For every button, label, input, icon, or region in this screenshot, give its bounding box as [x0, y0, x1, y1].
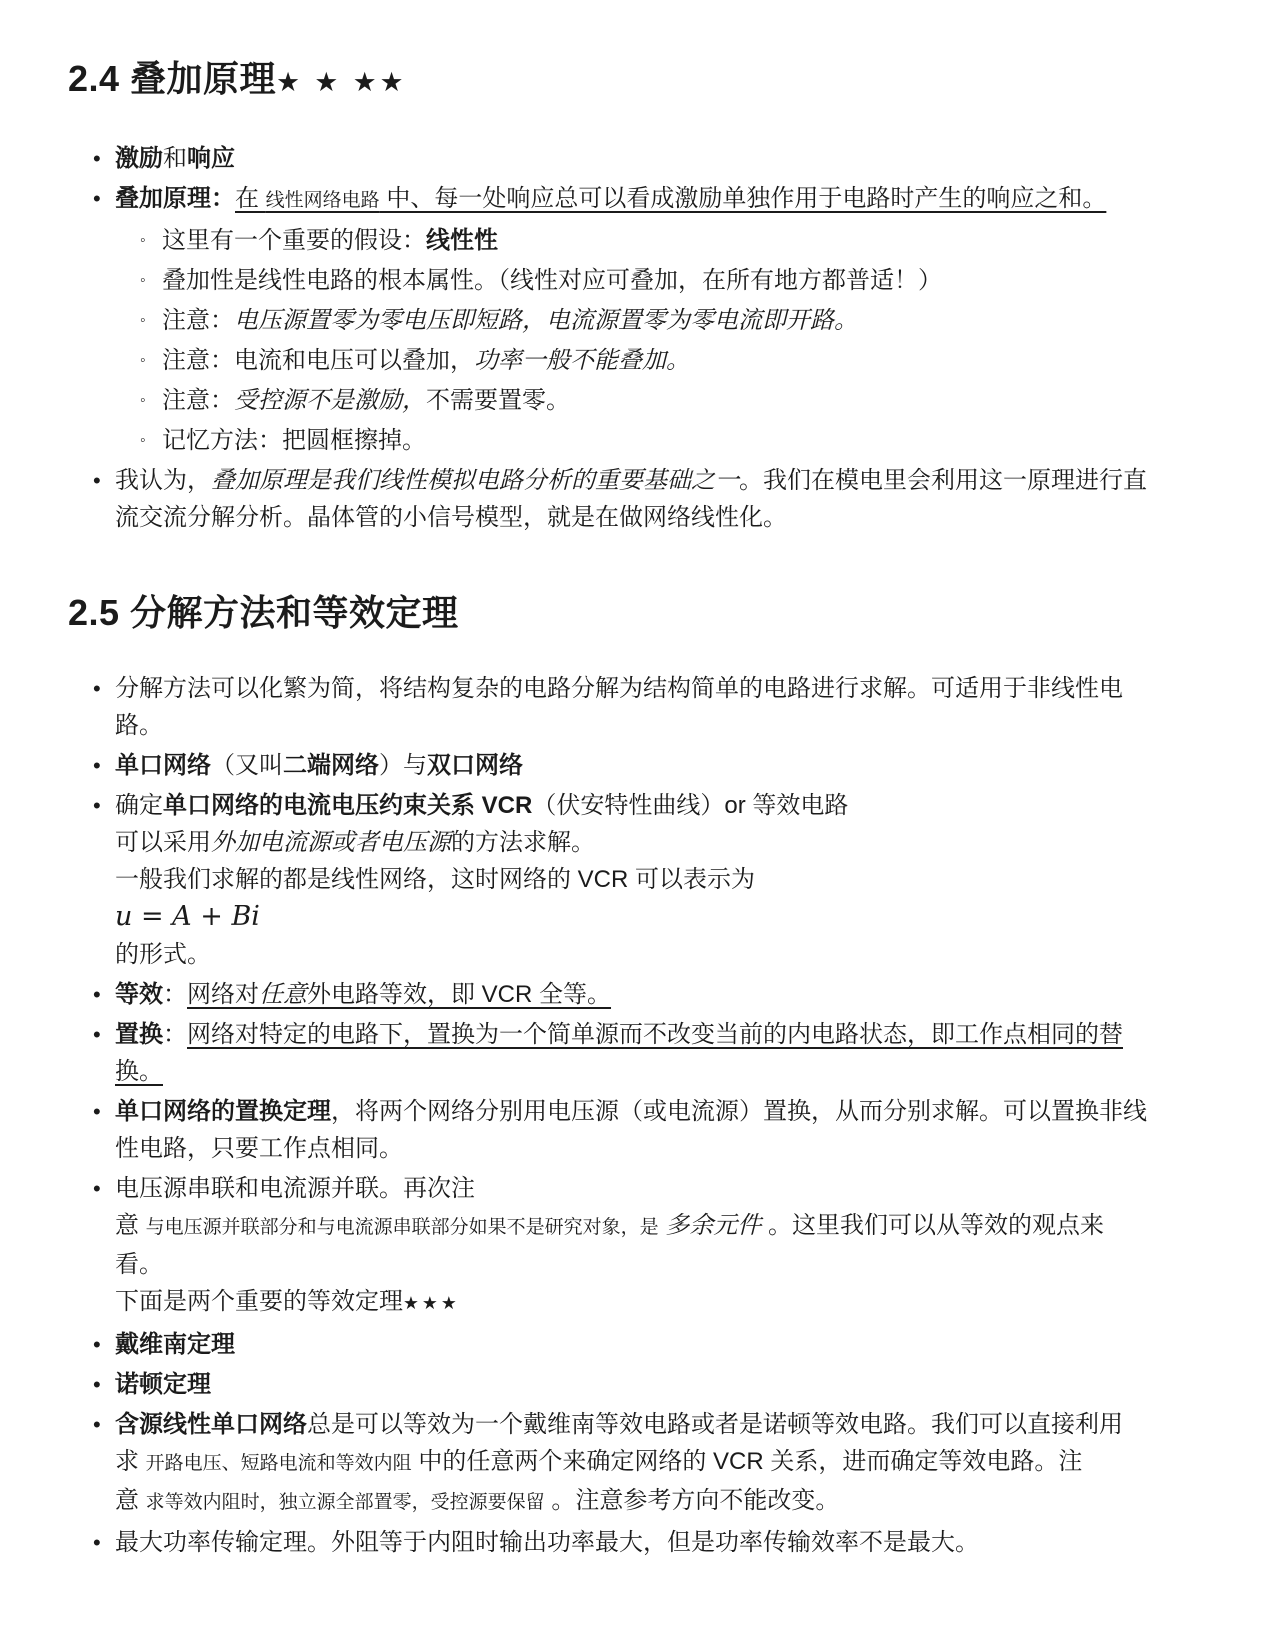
section-heading-2-4: 2.4 叠加原理★ ★ ★★ — [68, 56, 1163, 106]
text-segment: （伏安特性曲线）or 等效电路 — [532, 792, 848, 819]
list-item: •单口网络（又叫二端网络）与双口网络 — [68, 747, 1163, 784]
text-segment: 开路电压、短路电流和等效内阻 — [146, 1453, 412, 1474]
text-segment: 网络对 — [187, 981, 259, 1008]
text-segment: 注意： — [162, 387, 234, 414]
list-item: ◦注意：电流和电压可以叠加，功率一般不能叠加。 — [68, 342, 1163, 379]
text-segment: 分解方法可以化繁为简，将结构复杂的电路分解为结构简单的电路进行求解。可适用于非线… — [115, 675, 1123, 739]
list-item-text: 诺顿定理 — [115, 1366, 1163, 1403]
list-item: •置换：网络对特定的电路下，置换为一个简单源而不改变当前的内电路状态，即工作点相… — [68, 1016, 1163, 1090]
list-item: •单口网络的置换定理，将两个网络分别用电压源（或电流源）置换，从而分别求解。可以… — [68, 1093, 1163, 1167]
star-rating: ★★★ — [403, 1294, 460, 1314]
list-item-text: 含源线性单口网络总是可以等效为一个戴维南等效电路或者是诺顿等效电路。我们可以直接… — [115, 1406, 1163, 1521]
text-segment: 任意 — [259, 981, 307, 1008]
text-segment: 功率一般不能叠加。 — [474, 347, 690, 374]
list-item-text: 确定单口网络的电流电压约束关系 VCR（伏安特性曲线）or 等效电路可以采用外加… — [115, 787, 1163, 973]
list-item-text: 激励和响应 — [115, 140, 1163, 177]
text-segment: 求 — [115, 1448, 146, 1475]
text-segment: 与电压源并联部分和与电流源串联部分如果不是研究对象，是 — [146, 1217, 659, 1238]
list-item: •含源线性单口网络总是可以等效为一个戴维南等效电路或者是诺顿等效电路。我们可以直… — [68, 1406, 1163, 1521]
list-item: ◦注意：受控源不是激励，不需要置零。 — [68, 382, 1163, 419]
list-item-text: 我认为，叠加原理是我们线性模拟电路分析的重要基础之一。我们在模电里会利用这一原理… — [115, 462, 1163, 536]
list-item-text: 叠加性是线性电路的根本属性。（线性对应可叠加，在所有地方都普适！） — [162, 262, 1163, 299]
list-item: •最大功率传输定理。外阻等于内阻时输出功率最大，但是功率传输效率不是最大。 — [68, 1524, 1163, 1561]
list-item: •确定单口网络的电流电压约束关系 VCR（伏安特性曲线）or 等效电路可以采用外… — [68, 787, 1163, 973]
bullet-marker: ◦ — [140, 262, 162, 299]
text-segment: 激励 — [115, 145, 163, 172]
list-item-text: 最大功率传输定理。外阻等于内阻时输出功率最大，但是功率传输效率不是最大。 — [115, 1524, 1163, 1561]
bullet-marker: ◦ — [140, 222, 162, 259]
bullet-marker: ◦ — [140, 382, 162, 419]
text-segment: 中的任意两个来确定网络的 VCR 关系，进而确定等效电路。注 — [412, 1448, 1083, 1475]
list-item: •激励和响应 — [68, 140, 1163, 177]
list-item: ◦注意：电压源置零为零电压即短路，电流源置零为零电流即开路。 — [68, 302, 1163, 339]
list-item-text: 注意：受控源不是激励，不需要置零。 — [162, 382, 1163, 419]
bullet-marker: • — [93, 670, 115, 707]
text-segment: 注意： — [162, 347, 234, 374]
document: 2.4 叠加原理★ ★ ★★•激励和响应•叠加原理：在 线性网络电路 中、每一处… — [0, 0, 1275, 1651]
bullet-marker: • — [93, 140, 115, 177]
section-heading-2-5: 2.5 分解方法和等效定理 — [68, 590, 1163, 636]
list-item-text: 这里有一个重要的假设：线性性 — [162, 222, 1163, 259]
text-segment: 双口网络 — [427, 752, 523, 779]
text-segment: 我认为， — [115, 467, 211, 494]
text-segment: 在 — [235, 185, 266, 212]
text-segment: 求等效内阻时，独立源全部置零，受控源要保留 — [146, 1492, 545, 1513]
text-segment: ）与 — [379, 752, 427, 779]
text-segment: 置换 — [115, 1021, 163, 1048]
text-segment: 和 — [163, 145, 187, 172]
text-segment: 一般我们求解的都是线性网络，这时网络的 VCR 可以表示为 — [115, 866, 755, 893]
bullet-marker: • — [93, 747, 115, 784]
list-item-text: 分解方法可以化繁为简，将结构复杂的电路分解为结构简单的电路进行求解。可适用于非线… — [115, 670, 1163, 744]
text-segment: 看。 — [115, 1251, 163, 1278]
text-segment: 叠加性是线性电路的根本属性。（线性对应可叠加，在所有地方都普适！） — [162, 267, 942, 294]
list-item: •我认为，叠加原理是我们线性模拟电路分析的重要基础之一。我们在模电里会利用这一原… — [68, 462, 1163, 536]
bullet-marker: • — [93, 1326, 115, 1363]
bullet-marker: • — [93, 180, 115, 217]
list-item: ◦记忆方法：把圆框擦掉。 — [68, 422, 1163, 459]
text-segment: 意 — [115, 1487, 146, 1514]
list-item-text: 注意：电压源置零为零电压即短路，电流源置零为零电流即开路。 — [162, 302, 1163, 339]
text-segment: （又叫 — [211, 752, 283, 779]
text-segment: 单口网络的置换定理 — [115, 1098, 331, 1125]
text-segment: 。这里我们可以从等效的观点来 — [761, 1212, 1104, 1239]
text-segment: 这里有一个重要的假设： — [162, 227, 426, 254]
text-segment: 确定 — [115, 792, 163, 819]
text-segment: 最大功率传输定理。外阻等于内阻时输出功率最大，但是功率传输效率不是最大。 — [115, 1529, 979, 1556]
text-segment: 下面是两个重要的等效定理 — [115, 1288, 403, 1315]
list-item-text: 戴维南定理 — [115, 1326, 1163, 1363]
list-item: •电压源串联和电流源并联。再次注意 与电压源并联部分和与电流源串联部分如果不是研… — [68, 1170, 1163, 1323]
text-segment: 2.5 分解方法和等效定理 — [68, 592, 459, 633]
text-segment: 外加电流源或者电压源 — [211, 829, 451, 856]
list-item-text: 单口网络的置换定理，将两个网络分别用电压源（或电流源）置换，从而分别求解。可以置… — [115, 1093, 1163, 1167]
bullet-marker: • — [93, 1406, 115, 1443]
text-segment: 的形式。 — [115, 941, 211, 968]
text-segment: ： — [163, 981, 187, 1008]
text-segment: 中、每一处响应总可以看成激励单独作用于电路时产生的响应之和。 — [380, 185, 1107, 212]
list-item: ◦这里有一个重要的假设：线性性 — [68, 222, 1163, 259]
text-segment: 意 — [115, 1212, 146, 1239]
list-item-text: 等效：网络对任意外电路等效，即 VCR 全等。 — [115, 976, 1163, 1013]
text-segment: 注意： — [162, 307, 234, 334]
text-segment: 。注意参考方向不能改变。 — [545, 1487, 840, 1514]
bullet-marker: • — [93, 976, 115, 1013]
list-item-text: 记忆方法：把圆框擦掉。 — [162, 422, 1163, 459]
list-item-text: 单口网络（又叫二端网络）与双口网络 — [115, 747, 1163, 784]
text-segment: 电压源串联和电流源并联。再次注 — [115, 1175, 475, 1202]
text-segment: 受控源不是激励， — [234, 387, 426, 414]
text-segment: 线性网络电路 — [266, 190, 380, 211]
list-item-text: 电压源串联和电流源并联。再次注意 与电压源并联部分和与电流源串联部分如果不是研究… — [115, 1170, 1163, 1323]
text-segment: 总是可以等效为一个戴维南等效电路或者是诺顿等效电路。我们可以直接利用 — [307, 1411, 1123, 1438]
bullet-marker: • — [93, 1524, 115, 1561]
text-segment: 网络对特定的电路下，置换为一个简单源而不改变当前的内电路状态，即工作点相同的替换… — [115, 1021, 1123, 1085]
math-formula: u = A + Bi — [115, 901, 260, 932]
text-segment: 电流和电压可以叠加， — [234, 347, 474, 374]
text-segment: 叠加原理： — [115, 185, 235, 212]
list-item: •分解方法可以化繁为简，将结构复杂的电路分解为结构简单的电路进行求解。可适用于非… — [68, 670, 1163, 744]
list-item-text: 置换：网络对特定的电路下，置换为一个简单源而不改变当前的内电路状态，即工作点相同… — [115, 1016, 1163, 1090]
bullet-marker: • — [93, 1170, 115, 1207]
text-segment: 多余元件 — [665, 1212, 761, 1239]
bullet-marker: • — [93, 462, 115, 499]
text-segment: 单口网络的电流电压约束关系 VCR — [163, 792, 532, 819]
bullet-marker: ◦ — [140, 342, 162, 379]
text-segment: 电压源置零为零电压即短路，电流源置零为零电流即开路。 — [234, 307, 858, 334]
bullet-marker: • — [93, 1016, 115, 1053]
bullet-marker: ◦ — [140, 302, 162, 339]
list-item: ◦叠加性是线性电路的根本属性。（线性对应可叠加，在所有地方都普适！） — [68, 262, 1163, 299]
text-segment: 2.4 叠加原理 — [68, 58, 276, 99]
bullet-marker: • — [93, 1093, 115, 1130]
text-segment: 线性性 — [426, 227, 498, 254]
text-segment: 戴维南定理 — [115, 1331, 235, 1358]
list-item-text: 叠加原理：在 线性网络电路 中、每一处响应总可以看成激励单独作用于电路时产生的响… — [115, 180, 1163, 219]
list-item: •诺顿定理 — [68, 1366, 1163, 1403]
text-segment: 的方法求解。 — [451, 829, 595, 856]
text-segment: 单口网络 — [115, 752, 211, 779]
star-rating: ★ ★ ★★ — [276, 67, 406, 98]
list-item: •戴维南定理 — [68, 1326, 1163, 1363]
text-segment: 叠加原理是我们线性模拟电路分析的重要基础之一 — [211, 467, 739, 494]
text-segment: 不需要置零。 — [426, 387, 570, 414]
text-segment: 外电路等效，即 VCR 全等。 — [307, 981, 611, 1008]
text-segment: 响应 — [187, 145, 235, 172]
text-segment: 记忆方法：把圆框擦掉。 — [162, 427, 426, 454]
text-segment: 可以采用 — [115, 829, 211, 856]
list-item: •等效：网络对任意外电路等效，即 VCR 全等。 — [68, 976, 1163, 1013]
list-item: •叠加原理：在 线性网络电路 中、每一处响应总可以看成激励单独作用于电路时产生的… — [68, 180, 1163, 219]
bullet-marker: • — [93, 1366, 115, 1403]
bullet-marker: • — [93, 787, 115, 824]
text-segment: 等效 — [115, 981, 163, 1008]
bullet-marker: ◦ — [140, 422, 162, 459]
text-segment: 诺顿定理 — [115, 1371, 211, 1398]
list-item-text: 注意：电流和电压可以叠加，功率一般不能叠加。 — [162, 342, 1163, 379]
text-segment: 含源线性单口网络 — [115, 1411, 307, 1438]
text-segment: ： — [163, 1021, 187, 1048]
text-segment: 二端网络 — [283, 752, 379, 779]
